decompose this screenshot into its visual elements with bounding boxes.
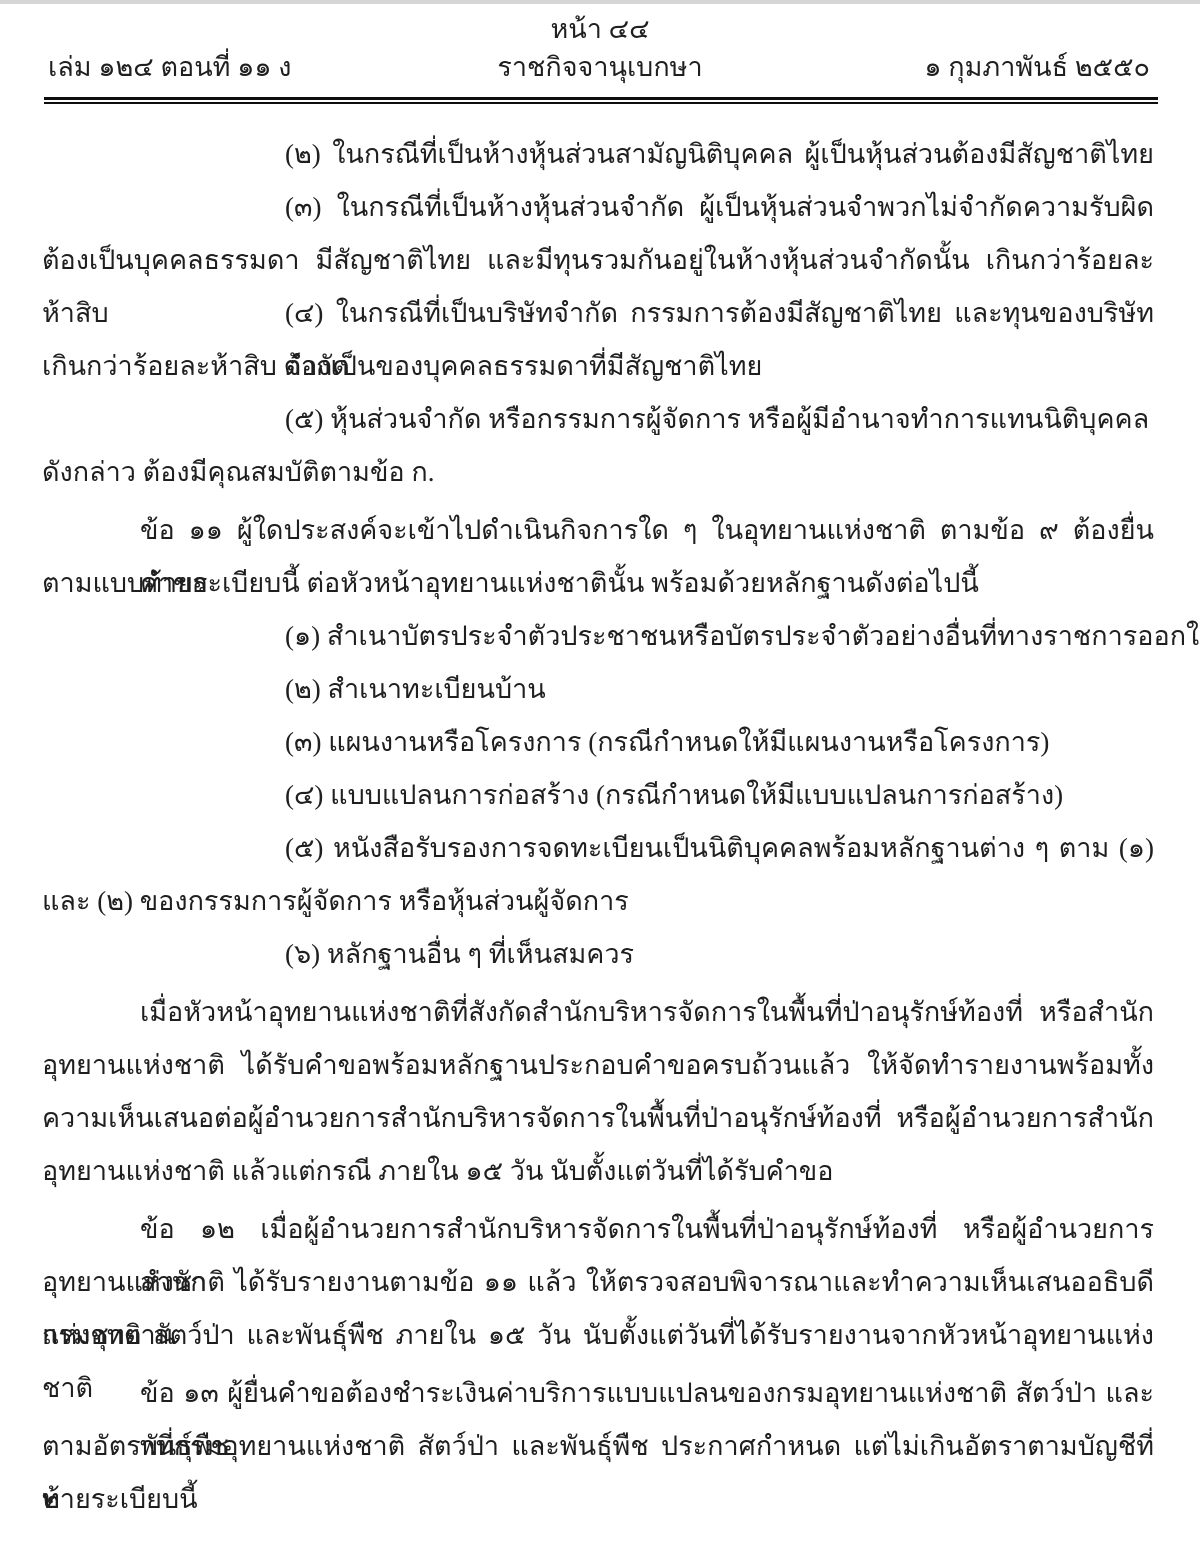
document-line: และ (๒) ของกรรมการผู้จัดการ หรือหุ้นส่วน… [42,875,1154,928]
document-line: ดังกล่าว ต้องมีคุณสมบัติตามข้อ ก. [42,446,1154,499]
document-line: เมื่อหัวหน้าอุทยานแห่งชาติที่สังกัดสำนัก… [42,986,1154,1039]
document-line: อุทยานแห่งชาติ ได้รับรายงานตามข้อ ๑๑ แล้… [42,1256,1154,1309]
document-line: (๒) ในกรณีที่เป็นห้างหุ้นส่วนสามัญนิติบุ… [42,128,1154,181]
document-line: (๒) สำเนาทะเบียนบ้าน [42,663,1154,716]
document-line: ตามอัตราที่กรมอุทยานแห่งชาติ สัตว์ป่า แล… [42,1420,1154,1473]
document-line: (๔) แบบแปลนการก่อสร้าง (กรณีกำหนดให้มีแบ… [42,769,1154,822]
gazette-page: หน้า ๔๔ เล่ม ๑๒๔ ตอนที่ ๑๑ ง ราชกิจจานุเ… [0,0,1200,1552]
document-line: แห่งชาติ สัตว์ป่า และพันธุ์พืช ภายใน ๑๕ … [42,1309,1154,1362]
document-line: เกินกว่าร้อยละห้าสิบ ต้องเป็นของบุคคลธรร… [42,340,1154,393]
document-line: (๓) แผนงานหรือโครงการ (กรณีกำหนดให้มีแผน… [42,716,1154,769]
gazette-header-row: เล่ม ๑๒๔ ตอนที่ ๑๑ ง ราชกิจจานุเบกษา ๑ ก… [0,46,1200,88]
volume-issue: เล่ม ๑๒๔ ตอนที่ ๑๑ ง [48,46,291,88]
document-line: ท้ายระเบียบนี้ [42,1473,1154,1526]
document-line: อุทยานแห่งชาติ ได้รับคำขอพร้อมหลักฐานประ… [42,1039,1154,1092]
document-line: ข้อ ๑๑ ผู้ใดประสงค์จะเข้าไปดำเนินกิจการใ… [42,504,1154,557]
document-line: (๔) ในกรณีที่เป็นบริษัทจำกัด กรรมการต้อง… [42,287,1154,340]
document-body: (๒) ในกรณีที่เป็นห้างหุ้นส่วนสามัญนิติบุ… [0,104,1200,1526]
document-line: ต้องเป็นบุคคลธรรมดา มีสัญชาติไทย และมีทุ… [42,234,1154,287]
document-line: ข้อ ๑๓ ผู้ยื่นคำขอต้องชำระเงินค่าบริการแ… [42,1367,1154,1420]
document-line: (๖) หลักฐานอื่น ๆ ที่เห็นสมควร [42,928,1154,981]
page-number: หน้า ๔๔ [0,4,1200,46]
document-line: ข้อ ๑๒ เมื่อผู้อำนวยการสำนักบริหารจัดการ… [42,1203,1154,1256]
header-double-rule [44,97,1158,104]
document-line: ความเห็นเสนอต่อผู้อำนวยการสำนักบริหารจัด… [42,1092,1154,1145]
publication-date: ๑ กุมภาพันธ์ ๒๕๕๐ [924,46,1150,88]
document-line: (๓) ในกรณีที่เป็นห้างหุ้นส่วนจำกัด ผู้เป… [42,181,1154,234]
document-line: ตามแบบท้ายระเบียบนี้ ต่อหัวหน้าอุทยานแห่… [42,557,1154,610]
document-line: อุทยานแห่งชาติ แล้วแต่กรณี ภายใน ๑๕ วัน … [42,1145,1154,1198]
document-line: (๕) หนังสือรับรองการจดทะเบียนเป็นนิติบุค… [42,822,1154,875]
document-line: (๑) สำเนาบัตรประจำตัวประชาชนหรือบัตรประจ… [42,610,1154,663]
document-line: (๕) หุ้นส่วนจำกัด หรือกรรมการผู้จัดการ ห… [42,393,1154,446]
